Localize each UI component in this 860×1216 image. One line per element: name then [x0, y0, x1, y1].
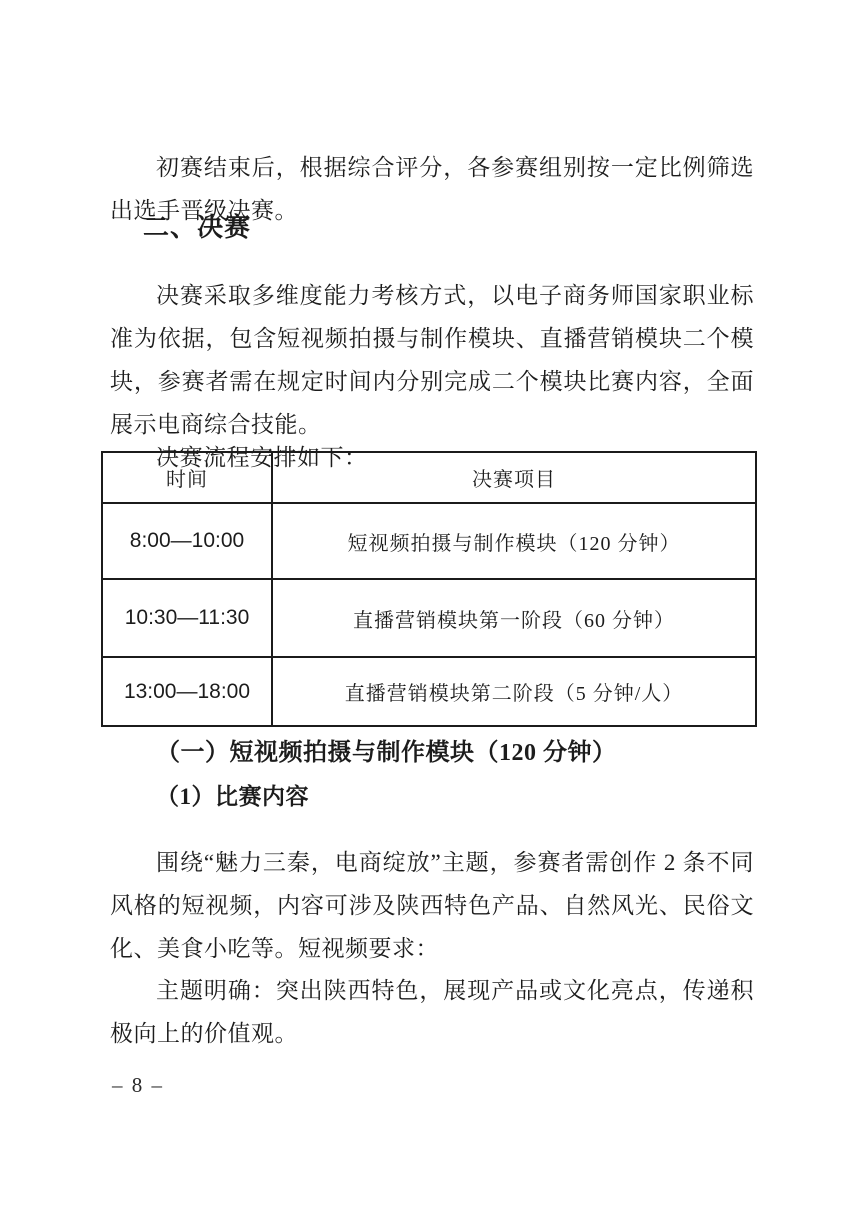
paragraph-content-requirements: 围绕“魅力三秦，电商绽放”主题，参赛者需创作 2 条不同风格的短视频，内容可涉及… [110, 841, 754, 970]
schedule-time-cell: 8:00—10:00 [102, 503, 272, 579]
finals-schedule-table: 时间 决赛项目 8:00—10:00 短视频拍摄与制作模块（120 分钟） 10… [101, 451, 757, 727]
schedule-event-cell: 直播营销模块第一阶段（60 分钟） [272, 579, 756, 657]
paragraph-finals-description: 决赛采取多维度能力考核方式，以电子商务师国家职业标准为依据，包含短视频拍摄与制作… [110, 274, 754, 446]
table-header-event: 决赛项目 [272, 452, 756, 503]
table-row: 10:30—11:30 直播营销模块第一阶段（60 分钟） [102, 579, 756, 657]
page-number: – 8 – [112, 1071, 164, 1099]
subheading-competition-content: （1）比赛内容 [156, 780, 309, 814]
schedule-time-cell: 10:30—11:30 [102, 579, 272, 657]
document-page: 初赛结束后，根据综合评分，各参赛组别按一定比例筛选出选手晋级决赛。 二、决赛 决… [0, 0, 860, 1216]
module-heading-short-video: （一）短视频拍摄与制作模块（120 分钟） [156, 735, 617, 771]
table-header-row: 时间 决赛项目 [102, 452, 756, 503]
table-header-time: 时间 [102, 452, 272, 503]
section-heading-finals: 二、决赛 [143, 211, 251, 243]
paragraph-theme-requirement: 主题明确：突出陕西特色，展现产品或文化亮点，传递积极向上的价值观。 [110, 969, 754, 1055]
schedule-event-cell: 短视频拍摄与制作模块（120 分钟） [272, 503, 756, 579]
table-row: 8:00—10:00 短视频拍摄与制作模块（120 分钟） [102, 503, 756, 579]
schedule-event-cell: 直播营销模块第二阶段（5 分钟/人） [272, 657, 756, 726]
schedule-time-cell: 13:00—18:00 [102, 657, 272, 726]
table-row: 13:00—18:00 直播营销模块第二阶段（5 分钟/人） [102, 657, 756, 726]
